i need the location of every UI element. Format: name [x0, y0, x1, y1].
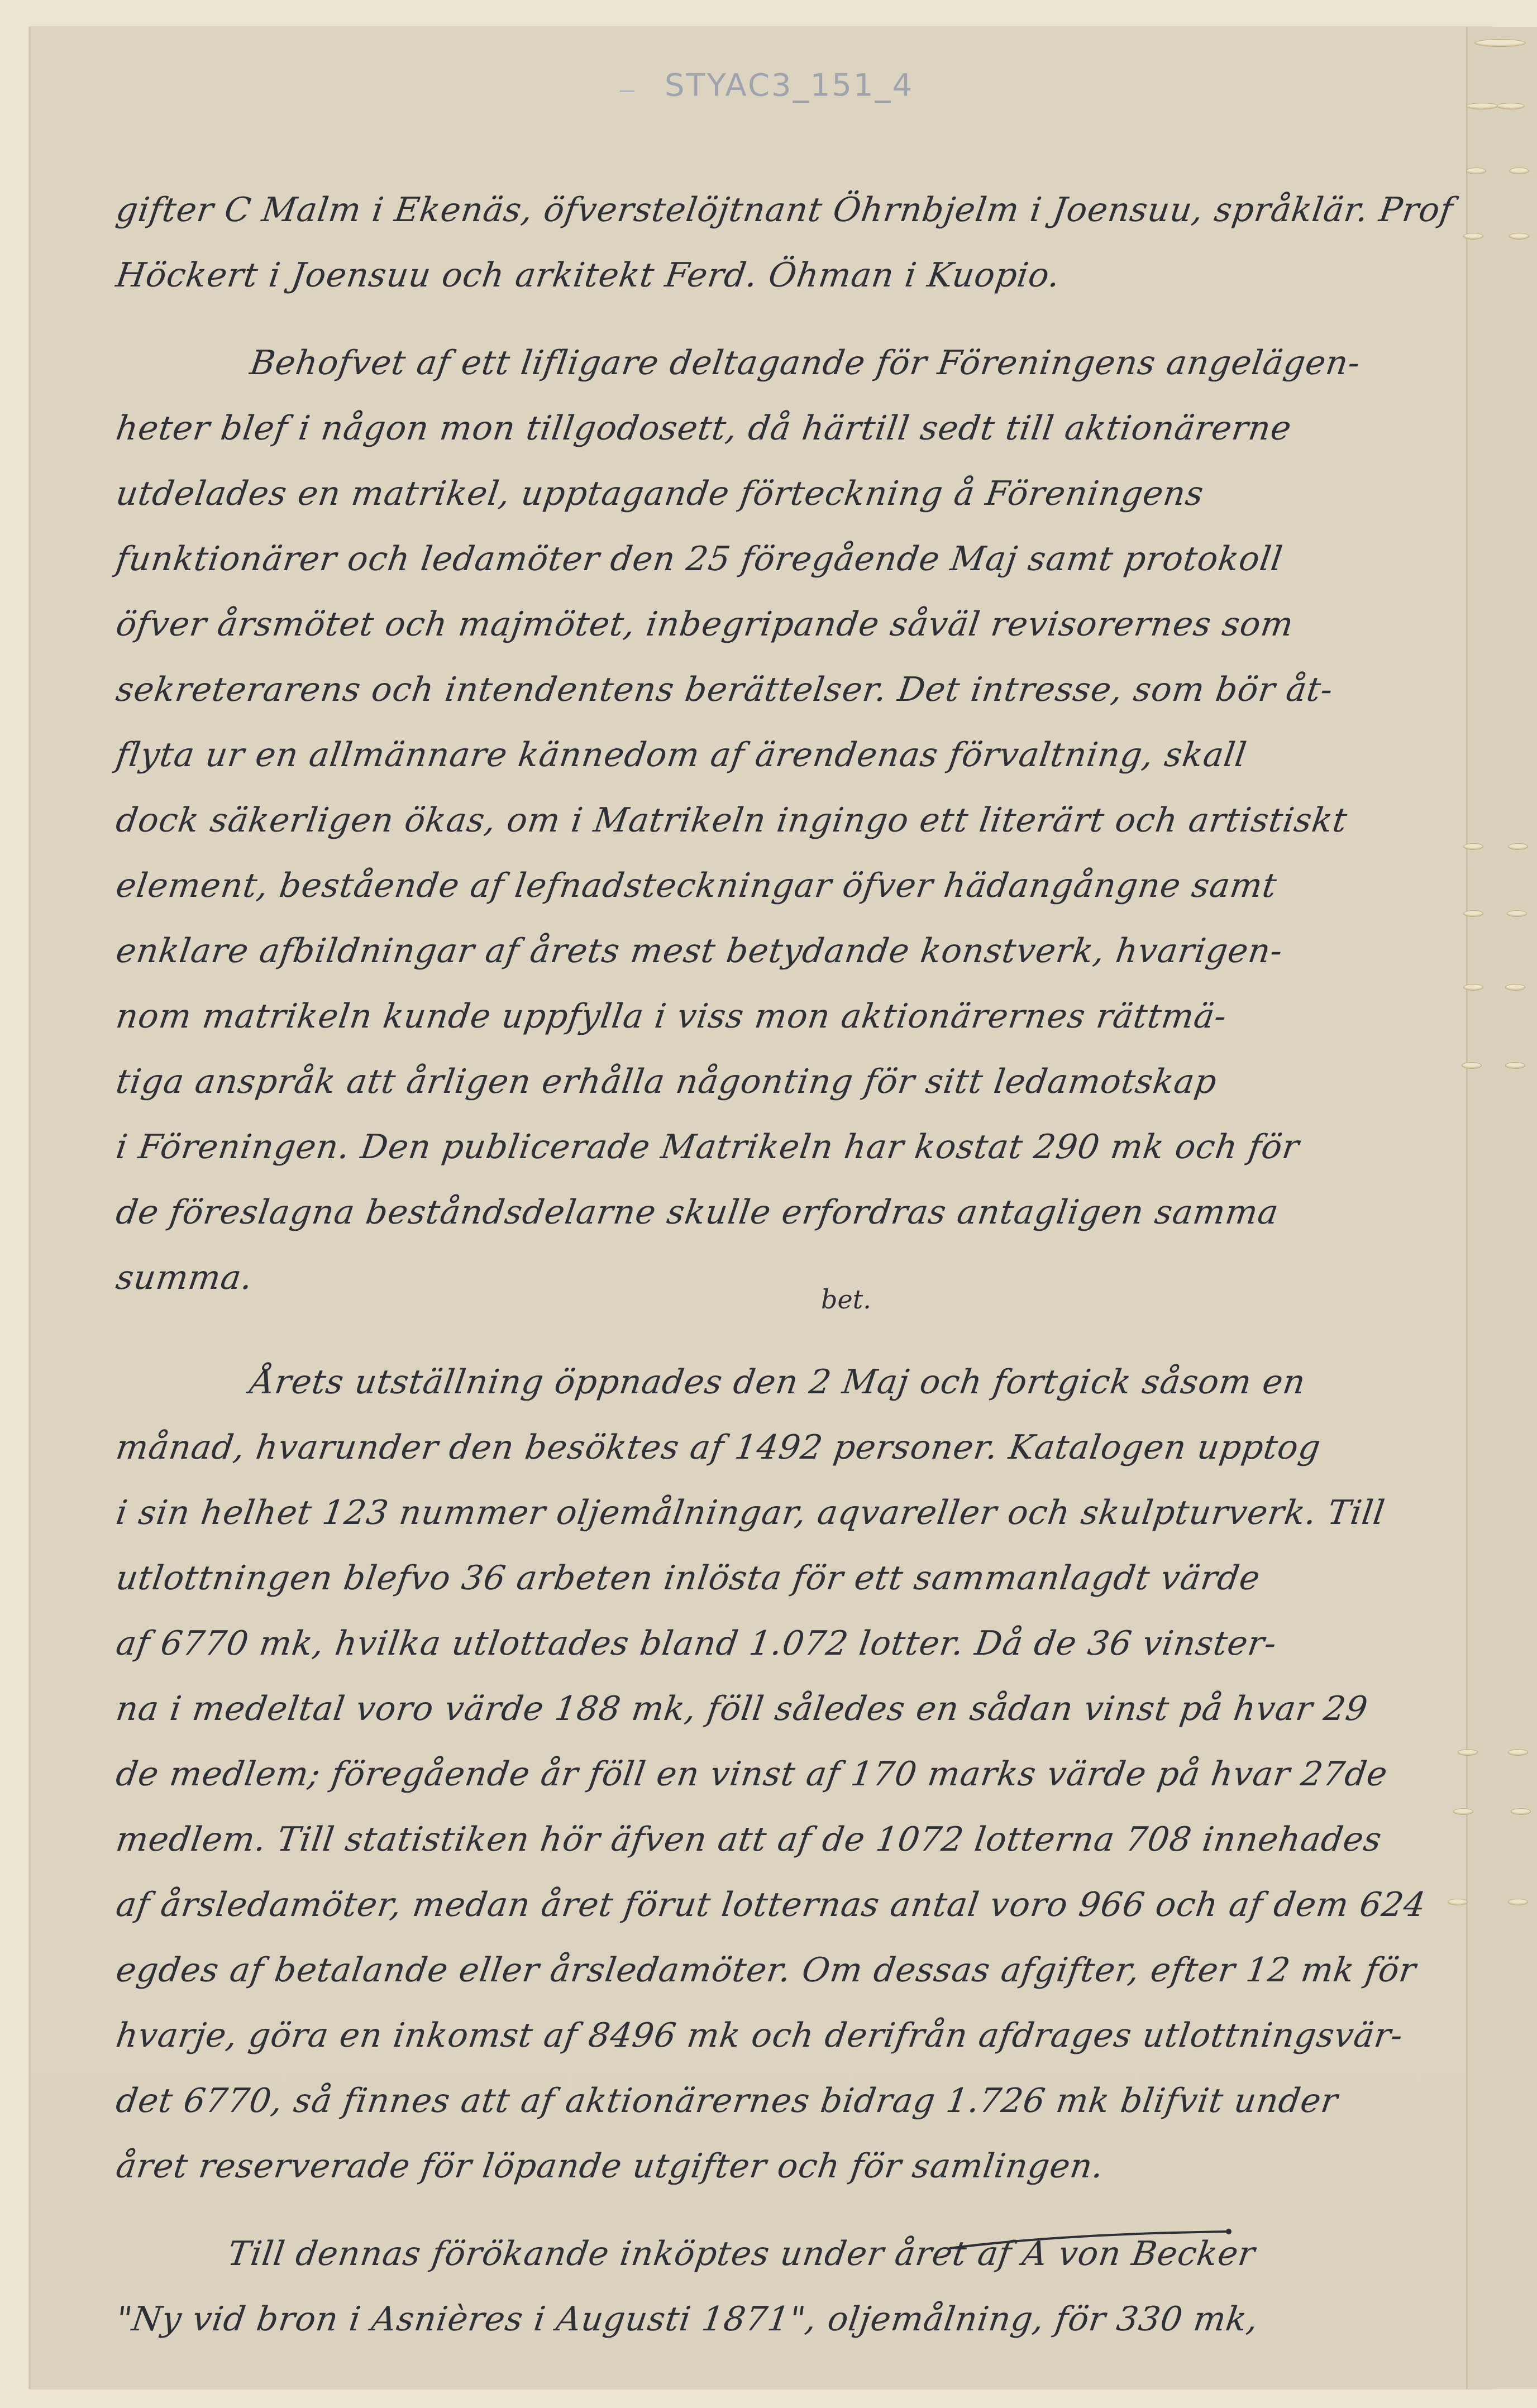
- manuscript-line: året reserverade för löpande utgifter oc…: [112, 2134, 1372, 2199]
- manuscript-line: flyta ur en allmännare kännedom af ärend…: [112, 723, 1372, 788]
- binding-hole: [1458, 1749, 1478, 1756]
- binding-hole: [1509, 168, 1529, 174]
- binding-hole: [1463, 984, 1483, 991]
- binding-flap: [1468, 27, 1537, 2389]
- manuscript-line: utlottningen blefvo 36 arbeten inlösta f…: [112, 1546, 1372, 1611]
- manuscript-line: "Ny vid bron i Asnières i Augusti 1871",…: [112, 2287, 1372, 2352]
- manuscript-line: i Föreningen. Den publicerade Matrikeln …: [112, 1115, 1372, 1180]
- interlinear-insertion: bet.: [821, 1284, 871, 1315]
- binding-hole: [1463, 843, 1483, 850]
- manuscript-line: funktionärer och ledamöter den 25 föregå…: [112, 527, 1372, 592]
- manuscript-line: summa.: [112, 1245, 1372, 1311]
- manuscript-line: Höckert i Joensuu och arkitekt Ferd. Öhm…: [112, 243, 1372, 308]
- binding-hole: [1508, 843, 1528, 850]
- manuscript-line: de föreslagna beståndsdelarne skulle erf…: [112, 1180, 1372, 1245]
- binding-hole: [1466, 168, 1486, 174]
- manuscript-line: element, bestående af lefnadsteckningar …: [112, 853, 1372, 919]
- binding-hole: [1511, 1808, 1531, 1815]
- binding-hole: [1505, 984, 1525, 991]
- archive-id-label: STYAC3_151_4: [665, 67, 914, 103]
- manuscript-line: af årsledamöter, medan året förut lotter…: [112, 1872, 1372, 1938]
- binding-hole: [1466, 103, 1498, 109]
- manuscript-text: gifter C Malm i Ekenäs, öfverstelöjtnant…: [112, 178, 1363, 2352]
- manuscript-line: månad, hvarunder den besöktes af 1492 pe…: [112, 1415, 1372, 1480]
- manuscript-line: na i medeltal voro värde 188 mk, föll så…: [112, 1676, 1372, 1742]
- manuscript-line: egdes af betalande eller årsledamöter. O…: [112, 1938, 1372, 2003]
- archive-id-dash: [620, 90, 634, 92]
- binding-hole: [1509, 233, 1529, 240]
- binding-hole: [1453, 1808, 1473, 1815]
- manuscript-line: medlem. Till statistiken hör äfven att a…: [112, 1807, 1372, 1872]
- manuscript-line: sekreterarens och intendentens berättels…: [112, 657, 1372, 723]
- manuscript-line: nom matrikeln kunde uppfylla i viss mon …: [112, 984, 1372, 1049]
- sheet-edge: [29, 27, 31, 2389]
- manuscript-line: tiga anspråk att årligen erhålla någonti…: [112, 1049, 1372, 1115]
- manuscript-line: heter blef i någon mon tillgodosett, då …: [112, 396, 1372, 461]
- manuscript-line: gifter C Malm i Ekenäs, öfverstelöjtnant…: [112, 178, 1372, 243]
- binding-hole: [1463, 233, 1483, 240]
- binding-hole: [1508, 1749, 1528, 1756]
- manuscript-line: det 6770, så finnes att af aktionärernes…: [112, 2068, 1372, 2134]
- binding-fold-line: [1466, 27, 1468, 2389]
- manuscript-line: de medlem; föregående år föll en vinst a…: [112, 1742, 1372, 1807]
- binding-hole: [1474, 39, 1526, 47]
- manuscript-line: dock säkerligen ökas, om i Matrikeln ing…: [112, 788, 1372, 853]
- manuscript-line: Behofvet af ett lifligare deltagande för…: [112, 331, 1372, 396]
- binding-hole: [1508, 1899, 1528, 1905]
- manuscript-line: öfver årsmötet och majmötet, inbegripand…: [112, 592, 1372, 657]
- binding-hole: [1463, 910, 1483, 917]
- manuscript-line: utdelades en matrikel, upptagande förtec…: [112, 461, 1372, 527]
- manuscript-line: Årets utställning öppnades den 2 Maj och…: [112, 1350, 1372, 1415]
- binding-hole: [1448, 1899, 1468, 1905]
- binding-hole: [1497, 103, 1525, 109]
- binding-hole: [1507, 910, 1527, 917]
- manuscript-line: af 6770 mk, hvilka utlottades bland 1.07…: [112, 1611, 1372, 1676]
- binding-hole: [1505, 1062, 1525, 1069]
- closing-flourish-stroke: [949, 2228, 1240, 2251]
- manuscript-line: hvarje, göra en inkomst af 8496 mk och d…: [112, 2003, 1372, 2068]
- manuscript-line: i sin helhet 123 nummer oljemålningar, a…: [112, 1480, 1372, 1546]
- binding-hole: [1462, 1062, 1482, 1069]
- manuscript-line: enklare afbildningar af årets mest betyd…: [112, 919, 1372, 984]
